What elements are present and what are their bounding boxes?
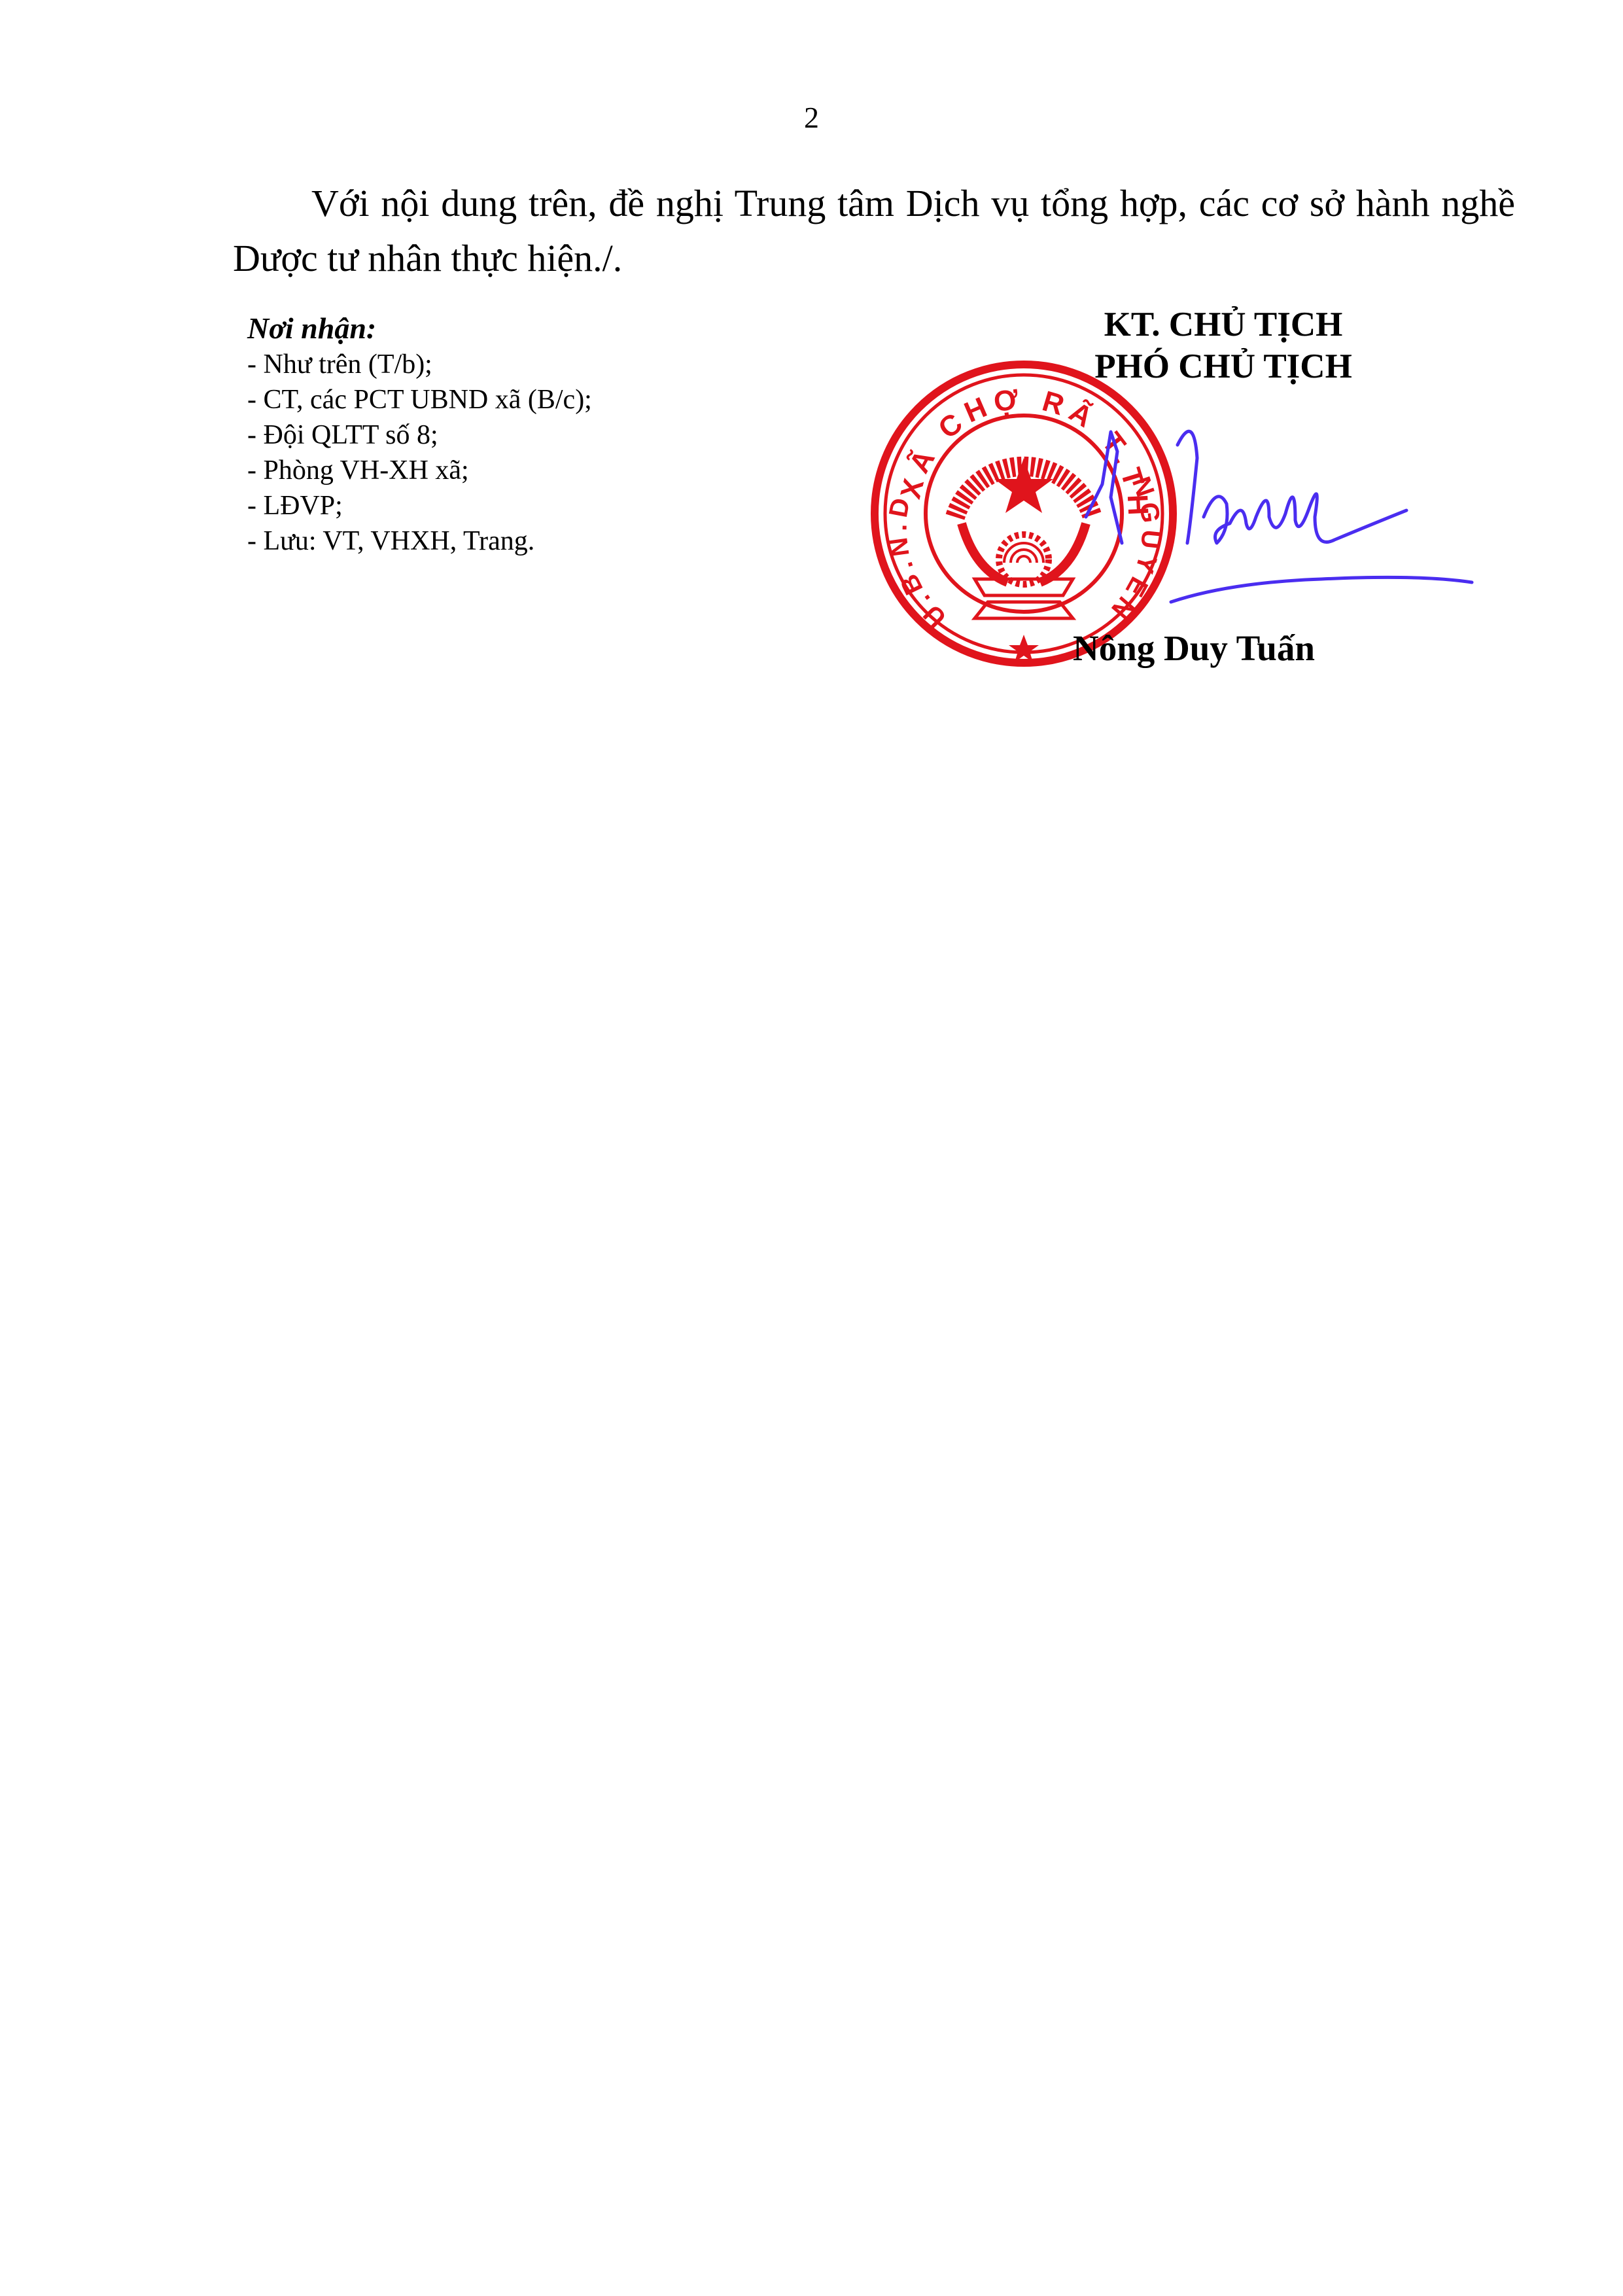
recipients-block: Nơi nhận: - Như trên (T/b); - CT, các PC… [247, 310, 592, 559]
signature-title-line-1: KT. CHỦ TỊCH [1034, 304, 1413, 345]
signer-name: Nông Duy Tuấn [1073, 627, 1315, 670]
recipient-item: - Như trên (T/b); [247, 347, 592, 382]
body-paragraph-line-1: Với nội dung trên, đề nghị Trung tâm Dịc… [233, 178, 1515, 229]
signature-title-line-2: PHÓ CHỦ TỊCH [1034, 345, 1413, 387]
signature-title-block: KT. CHỦ TỊCH PHÓ CHỦ TỊCH [1034, 304, 1413, 387]
recipient-item: - Phòng VH-XH xã; [247, 453, 592, 488]
svg-text:U.B.N.D: U.B.N.D [883, 491, 952, 633]
page-number: 2 [0, 99, 1623, 136]
stamp-small-star-icon [1009, 635, 1039, 662]
body-paragraph-line-2: Dược tư nhân thực hiện./. [233, 233, 1515, 284]
recipient-item: - CT, các PCT UBND xã (B/c); [247, 382, 592, 417]
recipient-item: - Lưu: VT, VHXH, Trang. [247, 523, 592, 559]
recipients-title: Nơi nhận: [247, 310, 592, 347]
recipient-item: - LĐVP; [247, 488, 592, 523]
recipient-item: - Đội QLTT số 8; [247, 417, 592, 453]
stamp-star-icon [994, 458, 1053, 513]
